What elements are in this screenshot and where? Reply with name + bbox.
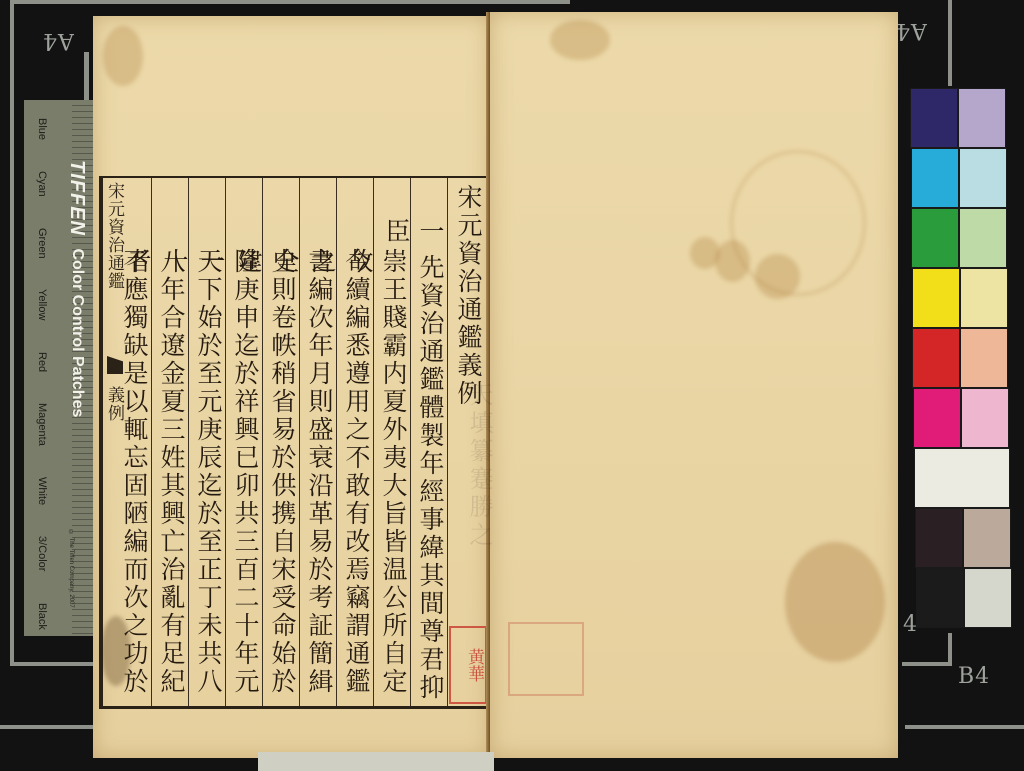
print-frame: 宋元資治通鑑 義例 宋元資治通鑑義例 一先資治通鑑體製年經事緯其間尊君抑臣 崇王… bbox=[99, 176, 489, 709]
patch-3color-light bbox=[963, 508, 1011, 568]
color-name: Cyan bbox=[36, 171, 48, 197]
guide-line-right-bottom bbox=[902, 662, 952, 666]
patch-magenta bbox=[913, 388, 961, 448]
guide-line-right-lower bbox=[905, 725, 1024, 729]
guide-line-right-vertical bbox=[948, 0, 952, 86]
stain bbox=[103, 26, 143, 86]
tiffen-brand-block: TIFFEN Color Control Patches bbox=[60, 160, 88, 417]
patch-magenta-light bbox=[961, 388, 1009, 448]
patch-blue-light bbox=[958, 88, 1006, 148]
tiffen-color-card: Blue Cyan Green Yellow Red Magenta White… bbox=[24, 100, 100, 636]
open-book: 宋元資治通鑑 義例 宋元資治通鑑義例 一先資治通鑑體製年經事緯其間尊君抑臣 崇王… bbox=[93, 8, 905, 758]
stain bbox=[785, 542, 885, 662]
copyright-text: © The Tiffen Company, 2007 bbox=[68, 530, 74, 608]
text-column: 天下始於至元庚辰迄於至正丁未共八十 bbox=[188, 178, 225, 706]
patch-white bbox=[914, 448, 1010, 508]
tiffen-logo: TIFFEN bbox=[66, 160, 88, 236]
color-name: White bbox=[36, 477, 48, 505]
color-name: 3/Color bbox=[36, 536, 48, 571]
patch-red bbox=[912, 328, 960, 388]
guide-line-inner-left bbox=[84, 52, 89, 100]
right-page: 天填纂蹇勝之 bbox=[490, 12, 898, 758]
text-column: 今續編悉遵用之不敢有改焉竊謂通鑑之 bbox=[336, 178, 373, 706]
left-page: 宋元資治通鑑 義例 宋元資治通鑑義例 一先資治通鑑體製年經事緯其間尊君抑臣 崇王… bbox=[93, 16, 490, 758]
color-name: Magenta bbox=[36, 403, 48, 446]
stain bbox=[550, 20, 610, 60]
paper-slip-under-book bbox=[258, 752, 494, 771]
text-column: 史則卷帙稍省易於供携自宋受命始於建 bbox=[262, 178, 299, 706]
patch-cyan-light bbox=[959, 148, 1007, 208]
patch-yellow-light bbox=[960, 268, 1008, 328]
text-column: 不應獨缺是以輒忘固陋編而次之功於 bbox=[114, 178, 151, 706]
guide-line-left-vertical bbox=[10, 0, 14, 665]
guide-line-top bbox=[10, 0, 570, 4]
color-name-list: Blue Cyan Green Yellow Red Magenta White… bbox=[26, 118, 48, 658]
patch-black bbox=[916, 568, 964, 628]
text-column: 書編次年月則盛衰沿革易於考証簡緝全 bbox=[299, 178, 336, 706]
guide-line-right-bottom-v bbox=[948, 633, 952, 666]
color-name: Red bbox=[36, 352, 48, 372]
guide-line-bottom-left bbox=[10, 662, 100, 666]
color-name: Yellow bbox=[36, 289, 48, 320]
patch-red-light bbox=[960, 328, 1008, 388]
patch-3color-dark bbox=[915, 508, 963, 568]
text-column: 一先資治通鑑體製年經事緯其間尊君抑臣 bbox=[410, 178, 447, 706]
patch-yellow bbox=[912, 268, 960, 328]
text-column: 隆庚申迄於祥興已卯共三百二十年元一 bbox=[225, 178, 262, 706]
patch-green-light bbox=[959, 208, 1007, 268]
size-label-top-left: A4 bbox=[42, 28, 74, 53]
size-label-bottom-right: B4 bbox=[958, 664, 990, 689]
show-through-text: 天填纂蹇勝之 bbox=[462, 382, 497, 550]
color-name: Green bbox=[36, 228, 48, 259]
guide-line-bottom-left-2 bbox=[0, 725, 96, 729]
color-name: Blue bbox=[36, 118, 48, 140]
faded-seal-mirror bbox=[508, 622, 584, 696]
text-column: 八年合遼金夏三姓其興亡治亂有足紀者 bbox=[151, 178, 188, 706]
red-seal-stamp: 黄華 bbox=[449, 626, 487, 704]
patch-cyan bbox=[911, 148, 959, 208]
stain bbox=[715, 240, 750, 282]
patch-blue bbox=[910, 88, 958, 148]
card-title: Color Control Patches bbox=[69, 248, 86, 417]
stain bbox=[755, 254, 800, 299]
patch-black-light bbox=[964, 568, 1012, 628]
color-name: Black bbox=[36, 603, 48, 630]
patch-green bbox=[911, 208, 959, 268]
text-column: 崇王賤霸内夏外夷大旨皆温公所自定故 bbox=[373, 178, 410, 706]
